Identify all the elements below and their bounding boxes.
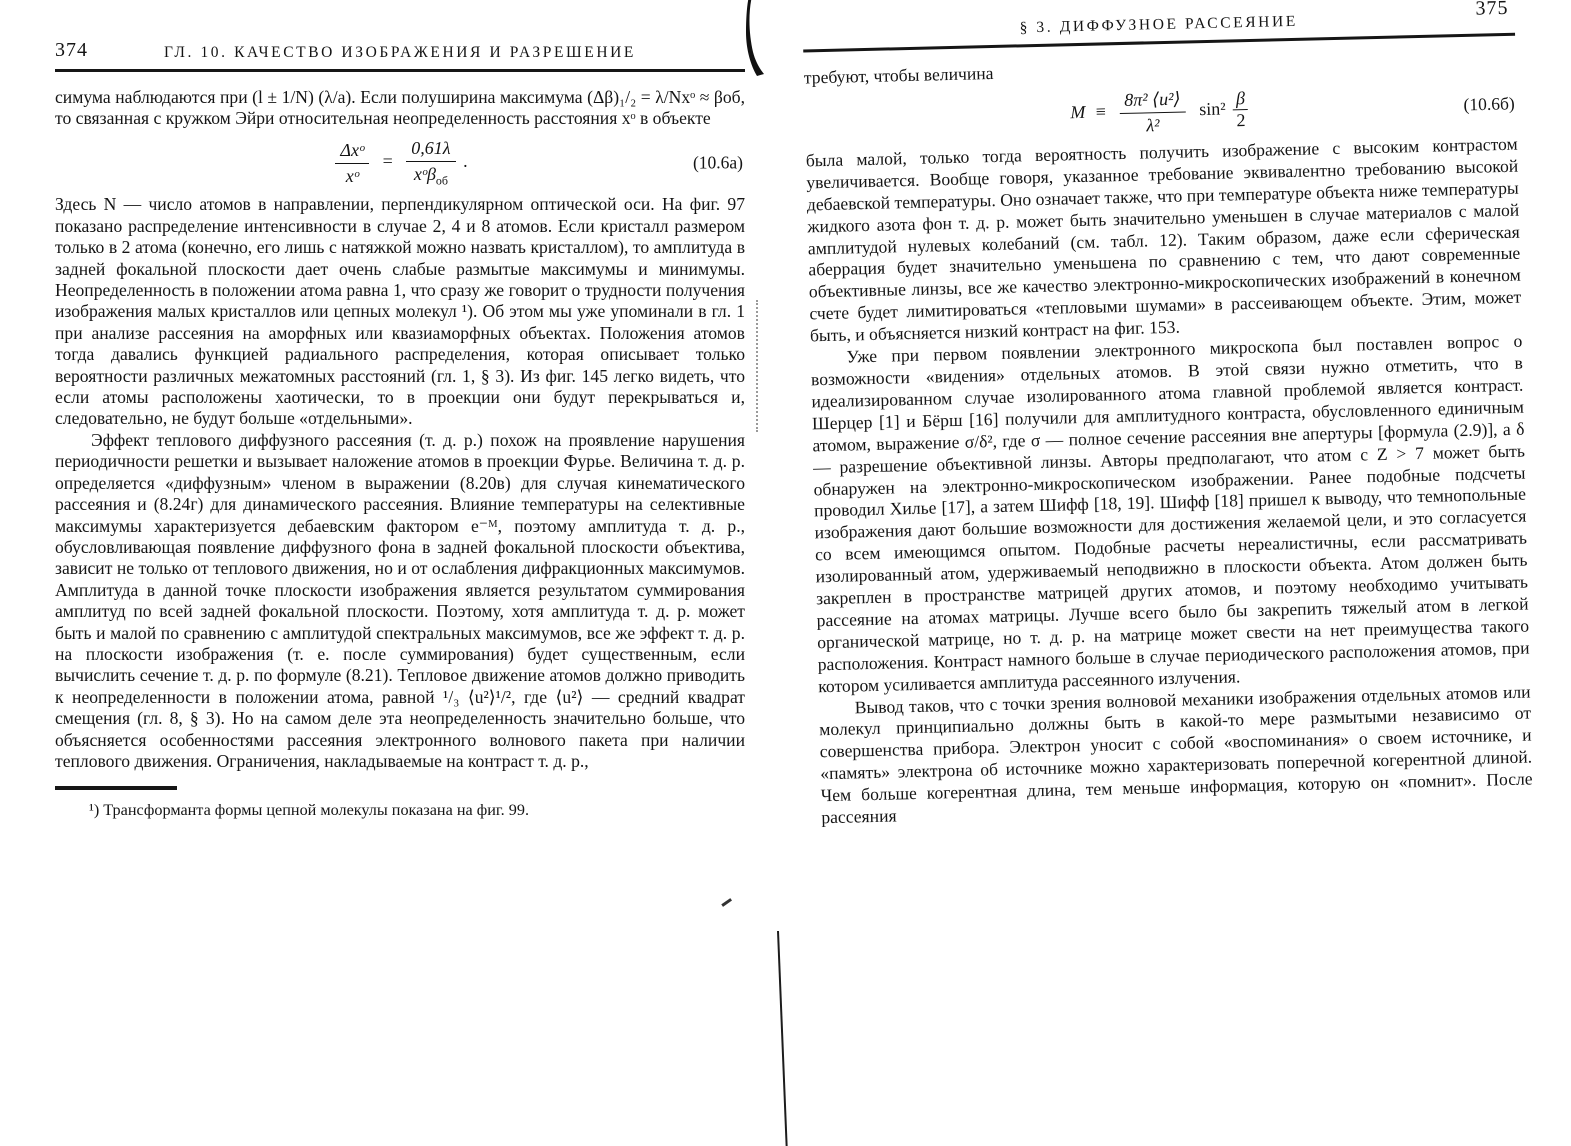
left-running-header: 374 ГЛ. 10. КАЧЕСТВО ИЗОБРАЖЕНИЯ И РАЗРЕ… [55,36,745,62]
right-paragraph-after-formula: была малой, только тогда вероятность пол… [806,134,1522,348]
left-body-text: симума наблюдаются при (l ± 1/N) (λ/a). … [55,87,745,772]
equation-10-6b-label: (10.6б) [1463,93,1515,115]
binding-ink-mark [742,0,772,80]
left-paragraph-2: Эффект теплового диффузного рассеяния (т… [55,430,745,773]
fraction-beta-half: β 2 [1233,88,1249,131]
equation-lhs: M [1070,102,1085,122]
equals-sign: = [383,151,393,171]
equation-10-6a-body: Δxᵒ xᵒ = 0,61λ xᵒβоб . [332,151,467,171]
equation-10-6b-body: M ≡ 8π² ⟨u²⟩ λ² sin² β 2 [1070,98,1251,122]
left-paragraph-after-formula: Здесь N — число атомов в направлении, пе… [55,194,745,429]
right-body-text: требуют, чтобы величина M ≡ 8π² ⟨u²⟩ λ² … [804,51,1534,830]
fraction-rhs-denominator: xᵒβоб [406,162,455,189]
right-page: § 3. ДИФФУЗНОЕ РАССЕЯНИЕ 375 требуют, чт… [802,0,1533,829]
fraction-rhs: 0,61λ xᵒβоб [406,137,455,189]
equation-10-6a: Δxᵒ xᵒ = 0,61λ xᵒβоб . (10.6а) [55,137,745,189]
left-paragraph-continuation: симума наблюдаются при (l ± 1/N) (λ/a). … [55,87,745,130]
left-running-title: ГЛ. 10. КАЧЕСТВО ИЗОБРАЖЕНИЯ И РАЗРЕШЕНИ… [55,44,745,62]
left-header-rule [55,69,745,72]
gutter-speck [721,898,731,906]
gutter-faint-line [756,300,758,432]
footnote-text: ¹) Трансформанта формы цепной молекулы п… [55,800,745,820]
left-page: 374 ГЛ. 10. КАЧЕСТВО ИЗОБРАЖЕНИЯ И РАЗРЕ… [55,36,745,820]
equation-10-6b: M ≡ 8π² ⟨u²⟩ λ² sin² β 2 (10.6б) [804,80,1517,145]
equation-period: . [463,151,468,171]
fraction-lhs: Δxᵒ xᵒ [335,139,369,187]
sin-squared: sin² [1199,99,1226,120]
right-page-number: 375 [1475,0,1509,21]
equation-10-6a-label: (10.6а) [693,152,743,173]
right-paragraph-3: Вывод таков, что с точки зрения волновой… [818,681,1533,829]
right-paragraph-2: Уже при первом появлении электронного ми… [810,331,1530,698]
identity-sign: ≡ [1096,101,1107,121]
gutter-fold-line [777,931,788,1146]
footnote-rule [55,786,177,790]
fraction-main: 8π² ⟨u²⟩ λ² [1119,87,1186,137]
